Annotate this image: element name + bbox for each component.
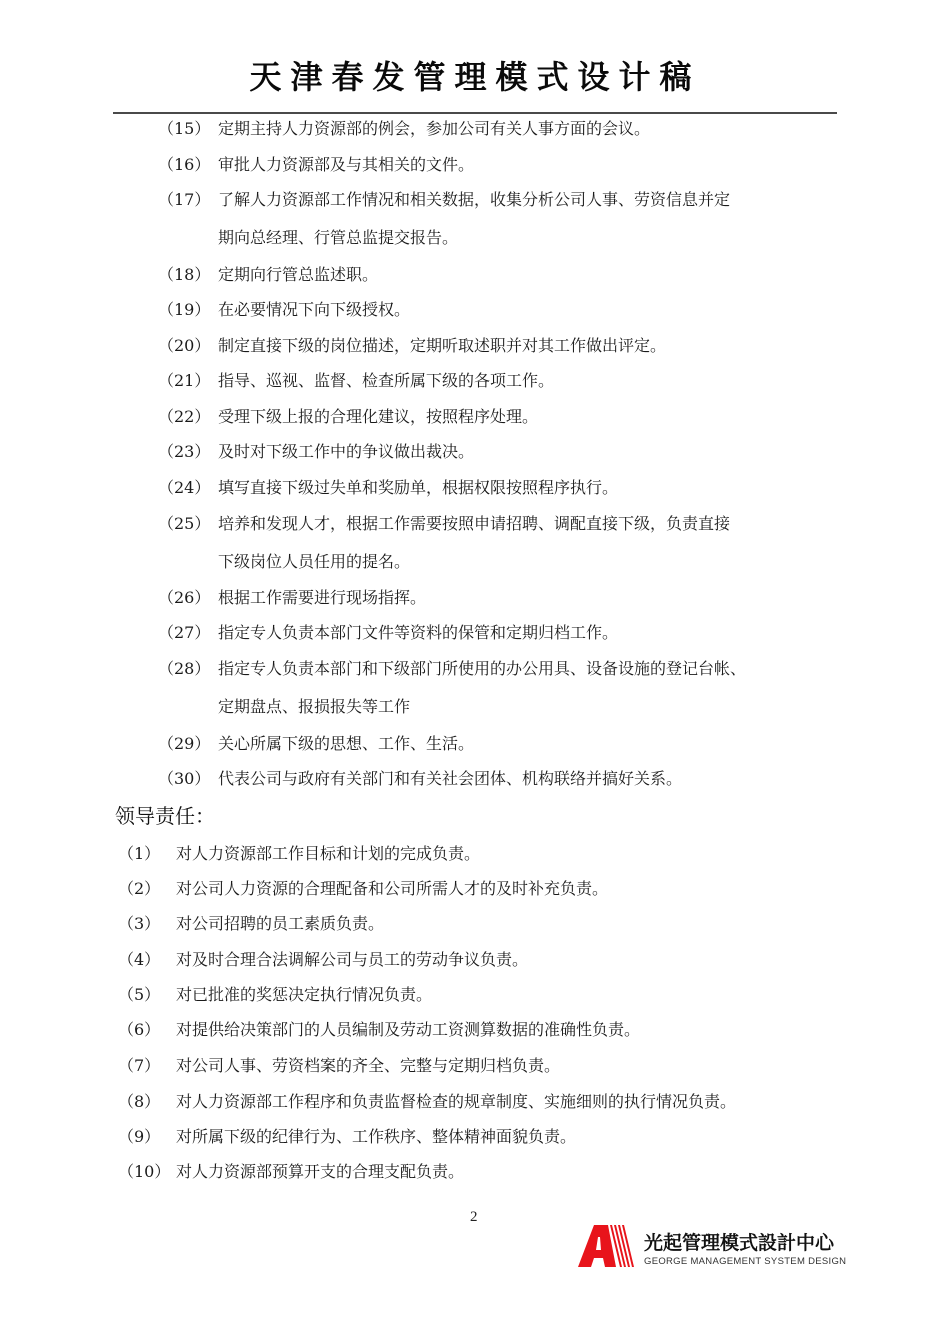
item-text: 指定专人负责本部门和下级部门所使用的办公用具、设备设施的登记台帐、 (218, 659, 746, 679)
item-text: 关心所属下级的思想、工作、生活。 (218, 734, 474, 754)
item-text: 定期向行管总监述职。 (218, 265, 378, 285)
logo-name-en: GEORGE MANAGEMENT SYSTEM DESIGN (644, 1256, 846, 1267)
item-text: 审批人力资源部及与其相关的文件。 (218, 155, 474, 175)
item-text: 对人力资源部工作目标和计划的完成负责。 (176, 844, 480, 864)
page-number: 2 (470, 1209, 478, 1226)
item-number: （3） (118, 914, 160, 934)
item-text: 填写直接下级过失单和奖励单，根据权限按照程序执行。 (218, 478, 618, 498)
item-text: 指导、巡视、监督、检查所属下级的各项工作。 (218, 371, 554, 391)
item-text: 对公司招聘的员工素质负责。 (176, 914, 384, 934)
item-text: 及时对下级工作中的争议做出裁决。 (218, 442, 474, 462)
item-number: （23） (158, 442, 210, 462)
item-text-continued: 期向总经理、行管总监提交报告。 (218, 228, 458, 248)
item-text: 对公司人事、劳资档案的齐全、完整与定期归档负责。 (176, 1056, 560, 1076)
item-number: （27） (158, 623, 210, 643)
item-number: （28） (158, 659, 210, 679)
item-number: （29） (158, 734, 210, 754)
item-text: 对人力资源部工作程序和负责监督检查的规章制度、实施细则的执行情况负责。 (176, 1092, 736, 1112)
header-divider (113, 112, 837, 114)
item-text: 定期主持人力资源部的例会，参加公司有关人事方面的会议。 (218, 119, 650, 139)
item-number: （8） (118, 1092, 160, 1112)
item-number: （9） (118, 1127, 160, 1147)
item-number: （21） (158, 371, 210, 391)
logo-name-cn: 光起管理模式設計中心 (644, 1228, 834, 1255)
section-heading-leadership: 领导责任： (115, 803, 215, 829)
logo-a-mark-icon (578, 1224, 640, 1268)
item-number: （1） (118, 844, 160, 864)
item-text: 对已批准的奖惩决定执行情况负责。 (176, 985, 432, 1005)
item-number: （30） (158, 769, 210, 789)
document-title: 天津春发管理模式设计稿 (0, 52, 950, 98)
item-text-continued: 定期盘点、报损报失等工作 (218, 697, 410, 717)
item-number: （10） (118, 1162, 170, 1182)
company-logo: 光起管理模式設計中心 GEORGE MANAGEMENT SYSTEM DESI… (578, 1224, 838, 1270)
item-number: （16） (158, 155, 210, 175)
item-number: （18） (158, 265, 210, 285)
item-text: 对及时合理合法调解公司与员工的劳动争议负责。 (176, 950, 528, 970)
item-text: 培养和发现人才，根据工作需要按照申请招聘、调配直接下级，负责直接 (218, 514, 730, 534)
item-number: （15） (158, 119, 210, 139)
item-text: 受理下级上报的合理化建议，按照程序处理。 (218, 407, 538, 427)
item-text: 对提供给决策部门的人员编制及劳动工资测算数据的准确性负责。 (176, 1020, 640, 1040)
item-number: （24） (158, 478, 210, 498)
item-text: 对所属下级的纪律行为、工作秩序、整体精神面貌负责。 (176, 1127, 576, 1147)
item-text-continued: 下级岗位人员任用的提名。 (218, 552, 410, 572)
item-number: （17） (158, 190, 210, 210)
item-text: 在必要情况下向下级授权。 (218, 300, 410, 320)
item-text: 对人力资源部预算开支的合理支配负责。 (176, 1162, 464, 1182)
item-number: （19） (158, 300, 210, 320)
item-text: 了解人力资源部工作情况和相关数据，收集分析公司人事、劳资信息并定 (218, 190, 730, 210)
item-number: （20） (158, 336, 210, 356)
item-number: （6） (118, 1020, 160, 1040)
item-text: 指定专人负责本部门文件等资料的保管和定期归档工作。 (218, 623, 618, 643)
item-text: 代表公司与政府有关部门和有关社会团体、机构联络并搞好关系。 (218, 769, 682, 789)
item-number: （2） (118, 879, 160, 899)
item-text: 对公司人力资源的合理配备和公司所需人才的及时补充负责。 (176, 879, 608, 899)
item-text: 根据工作需要进行现场指挥。 (218, 588, 426, 608)
item-number: （7） (118, 1056, 160, 1076)
item-number: （25） (158, 514, 210, 534)
item-number: （4） (118, 950, 160, 970)
item-number: （5） (118, 985, 160, 1005)
item-text: 制定直接下级的岗位描述，定期听取述职并对其工作做出评定。 (218, 336, 666, 356)
item-number: （26） (158, 588, 210, 608)
item-number: （22） (158, 407, 210, 427)
